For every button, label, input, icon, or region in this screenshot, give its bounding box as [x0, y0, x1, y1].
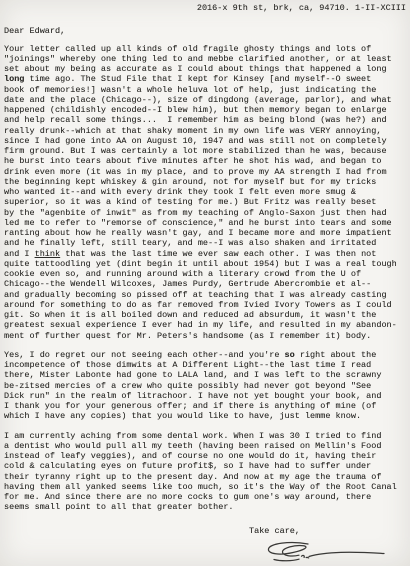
letter-line: for me. And since there are no more cock…	[4, 492, 406, 502]
letter-line: around for something to do as far remove…	[4, 300, 406, 310]
letter-line: since I had gone into AA on August 10, 1…	[4, 136, 406, 146]
letter-line: greatest sexual experience I ever had in…	[4, 320, 406, 330]
letter-line: Chicago--the Wendell Wilcoxes, James Pur…	[4, 279, 406, 289]
letter-line: git. So when it is all boiled down and r…	[4, 310, 406, 320]
letter-line: having them all yanked seems like too mu…	[4, 482, 406, 492]
letter-line: and I think that was the last time we ev…	[4, 249, 406, 259]
letter-line: led me to refer to "remorse of conscienc…	[4, 218, 406, 228]
letter-line: cold & calculating eyes on future profit…	[4, 461, 406, 471]
letter-line: seems small point to all that greater bo…	[4, 502, 406, 512]
letter-line: really drunk--which at that shaky moment…	[4, 126, 406, 136]
closing-valediction: Take care,	[249, 526, 406, 536]
letter-line: and gradually becoming so pissed off at …	[4, 290, 406, 300]
letter-line: cookie even so, and running around with …	[4, 269, 406, 279]
letter-line: superior, so it was a kind of testing fo…	[4, 197, 406, 207]
letter-line: Dick run" in the realm of litrachoor. I …	[4, 391, 406, 401]
letter-line: firm ground. But I was certainly a lot m…	[4, 146, 406, 156]
letter-line: Yes, I do regret our not seeing each oth…	[4, 350, 406, 360]
letter-page: 2016-x 9th st, brk, ca, 94710. 1-II-XCII…	[0, 0, 410, 566]
letter-line: a dentist who would pull all my teeth (h…	[4, 441, 406, 451]
letter-line: he burst into tears about five minutes a…	[4, 156, 406, 166]
letter-line: and help recall some things... I remembe…	[4, 115, 406, 125]
paragraph: Your letter called up all kinds of old f…	[4, 44, 406, 341]
letter-line: ment of further quest for Mr. Peters's h…	[4, 331, 406, 341]
letter-line: incompetence of those dimwits at A Diffe…	[4, 360, 406, 370]
letter-line: ranting about how he really wasn't gay, …	[4, 228, 406, 238]
letter-line: long time ago. The Stud File that I kept…	[4, 74, 406, 84]
letter-body: Your letter called up all kinds of old f…	[4, 44, 406, 513]
paragraph: Yes, I do regret our not seeing each oth…	[4, 350, 406, 422]
letter-line: be-zitsed mercies of a crew who quite po…	[4, 381, 406, 391]
letter-line: I thank you for your generous offer; and…	[4, 401, 406, 411]
letter-line: which I have any copies) that you would …	[4, 411, 406, 421]
letter-line: the beginning kept whiskey & gin around,…	[4, 177, 406, 187]
letter-line: who wanted it--and with every drink they…	[4, 187, 406, 197]
letter-line: by the "agenbite of inwit" as from my te…	[4, 208, 406, 218]
letter-line: date and the place (Chicago--), size of …	[4, 95, 406, 105]
letter-line: instead of leafy veggies), and of course…	[4, 451, 406, 461]
paragraph: I am currently aching from some dental w…	[4, 431, 406, 513]
return-address-date: 2016-x 9th st, brk, ca, 94710. 1-II-XCII…	[4, 3, 406, 13]
letter-line: I am currently aching from some dental w…	[4, 431, 406, 441]
letter-line: there, Mister Labonte had gone to LALA l…	[4, 370, 406, 380]
letter-line: and he finally left, still teary, and me…	[4, 238, 406, 248]
letter-line: Your letter called up all kinds of old f…	[4, 44, 406, 54]
letter-line: book of memories!] wasn't a whole heluva…	[4, 85, 406, 95]
letter-line: happened (childishly encoded--I blew him…	[4, 105, 406, 115]
letter-line: their tyranny right up to the present da…	[4, 472, 406, 482]
salutation: Dear Edward,	[4, 26, 406, 36]
letter-line: quite tattoodling yet (dint begin it unt…	[4, 259, 406, 269]
letter-line: "joinings" whereby one thing led to and …	[4, 54, 406, 64]
letter-line: drink even more (it was in my place, and…	[4, 167, 406, 177]
handwritten-signature-icon	[266, 540, 391, 562]
letter-line: set about my being as accurate as I coul…	[4, 64, 406, 74]
